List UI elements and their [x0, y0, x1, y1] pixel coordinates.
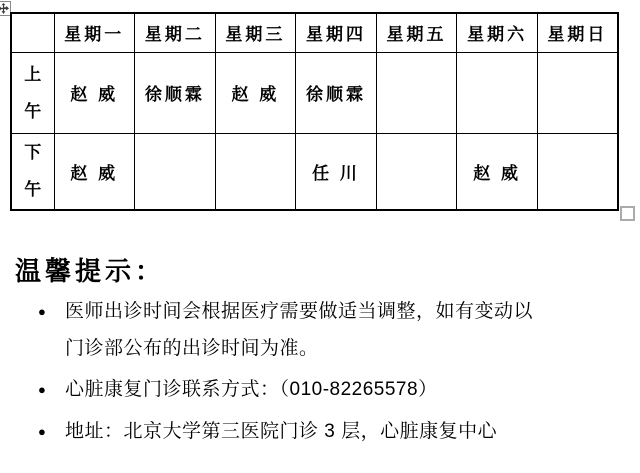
bullet-icon: ● [38, 293, 65, 367]
four-way-arrow-icon [0, 3, 9, 14]
row-label-afternoon[interactable]: 下午 [11, 133, 54, 210]
tips-bullet-address: ● 地址：北京大学第三医院门诊 3 层，心脏康复中心 [38, 413, 549, 450]
tips-heading: 温馨提示： [15, 251, 165, 288]
row-label-morning[interactable]: 上午 [11, 52, 54, 133]
bullet-text: 地址：北京大学第三医院门诊 3 层，心脏康复中心 [65, 413, 549, 450]
day-header-sun[interactable]: 星期日 [537, 13, 618, 52]
day-header-sat[interactable]: 星期六 [457, 13, 538, 52]
day-header-fri[interactable]: 星期五 [376, 13, 457, 52]
schedule-cell-sun-am[interactable] [537, 52, 618, 133]
schedule-cell-fri-pm[interactable] [376, 133, 457, 210]
schedule-table: 星期一 星期二 星期三 星期四 星期五 星期六 星期日 上午 赵 威 徐顺霖 赵… [10, 12, 619, 211]
bullet-icon: ● [38, 413, 65, 450]
schedule-cell-sun-pm[interactable] [537, 133, 618, 210]
schedule-cell-sat-pm[interactable]: 赵 威 [457, 133, 538, 210]
tips-bullet-schedule-changes: ● 医师出诊时间会根据医疗需要做适当调整，如有变动以门诊部公布的出诊时间为准。 [38, 293, 549, 367]
afternoon-row: 下午 赵 威 任 川 赵 威 [11, 133, 618, 210]
schedule-cell-mon-am[interactable]: 赵 威 [54, 52, 135, 133]
document-page: 星期一 星期二 星期三 星期四 星期五 星期六 星期日 上午 赵 威 徐顺霖 赵… [0, 0, 640, 473]
schedule-cell-tue-am[interactable]: 徐顺霖 [135, 52, 216, 133]
row-label-text: 上午 [23, 56, 43, 130]
day-header-tue[interactable]: 星期二 [135, 13, 216, 52]
row-label-text: 下午 [23, 134, 43, 208]
tips-bullet-contact-phone: ● 心脏康复门诊联系方式：（010-82265578） [38, 371, 549, 408]
day-header-thu[interactable]: 星期四 [296, 13, 377, 52]
morning-row: 上午 赵 威 徐顺霖 赵 威 徐顺霖 [11, 52, 618, 133]
schedule-cell-sat-am[interactable] [457, 52, 538, 133]
schedule-cell-wed-am[interactable]: 赵 威 [215, 52, 296, 133]
schedule-cell-tue-pm[interactable] [135, 133, 216, 210]
schedule-cell-thu-pm[interactable]: 任 川 [296, 133, 377, 210]
header-row: 星期一 星期二 星期三 星期四 星期五 星期六 星期日 [11, 13, 618, 52]
bullet-icon: ● [38, 371, 65, 408]
schedule-cell-thu-am[interactable]: 徐顺霖 [296, 52, 377, 133]
day-header-wed[interactable]: 星期三 [215, 13, 296, 52]
table-resize-handle[interactable] [620, 206, 635, 221]
bullet-text: 医师出诊时间会根据医疗需要做适当调整，如有变动以门诊部公布的出诊时间为准。 [65, 293, 549, 367]
schedule-cell-wed-pm[interactable] [215, 133, 296, 210]
day-header-mon[interactable]: 星期一 [54, 13, 135, 52]
schedule-cell-fri-am[interactable] [376, 52, 457, 133]
schedule-cell-mon-pm[interactable]: 赵 威 [54, 133, 135, 210]
corner-cell[interactable] [11, 13, 54, 52]
bullet-text: 心脏康复门诊联系方式：（010-82265578） [65, 371, 549, 408]
